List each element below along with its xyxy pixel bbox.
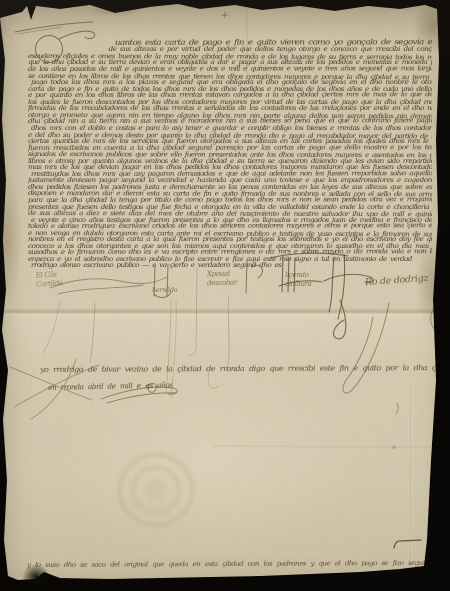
edge-shadow-blob [22,564,50,590]
paper-vignette [0,0,450,591]
manuscript-photo: + uantos esta carta de pago e fin e quit… [0,0,450,591]
paper-sheet: + uantos esta carta de pago e fin e quit… [0,0,450,591]
